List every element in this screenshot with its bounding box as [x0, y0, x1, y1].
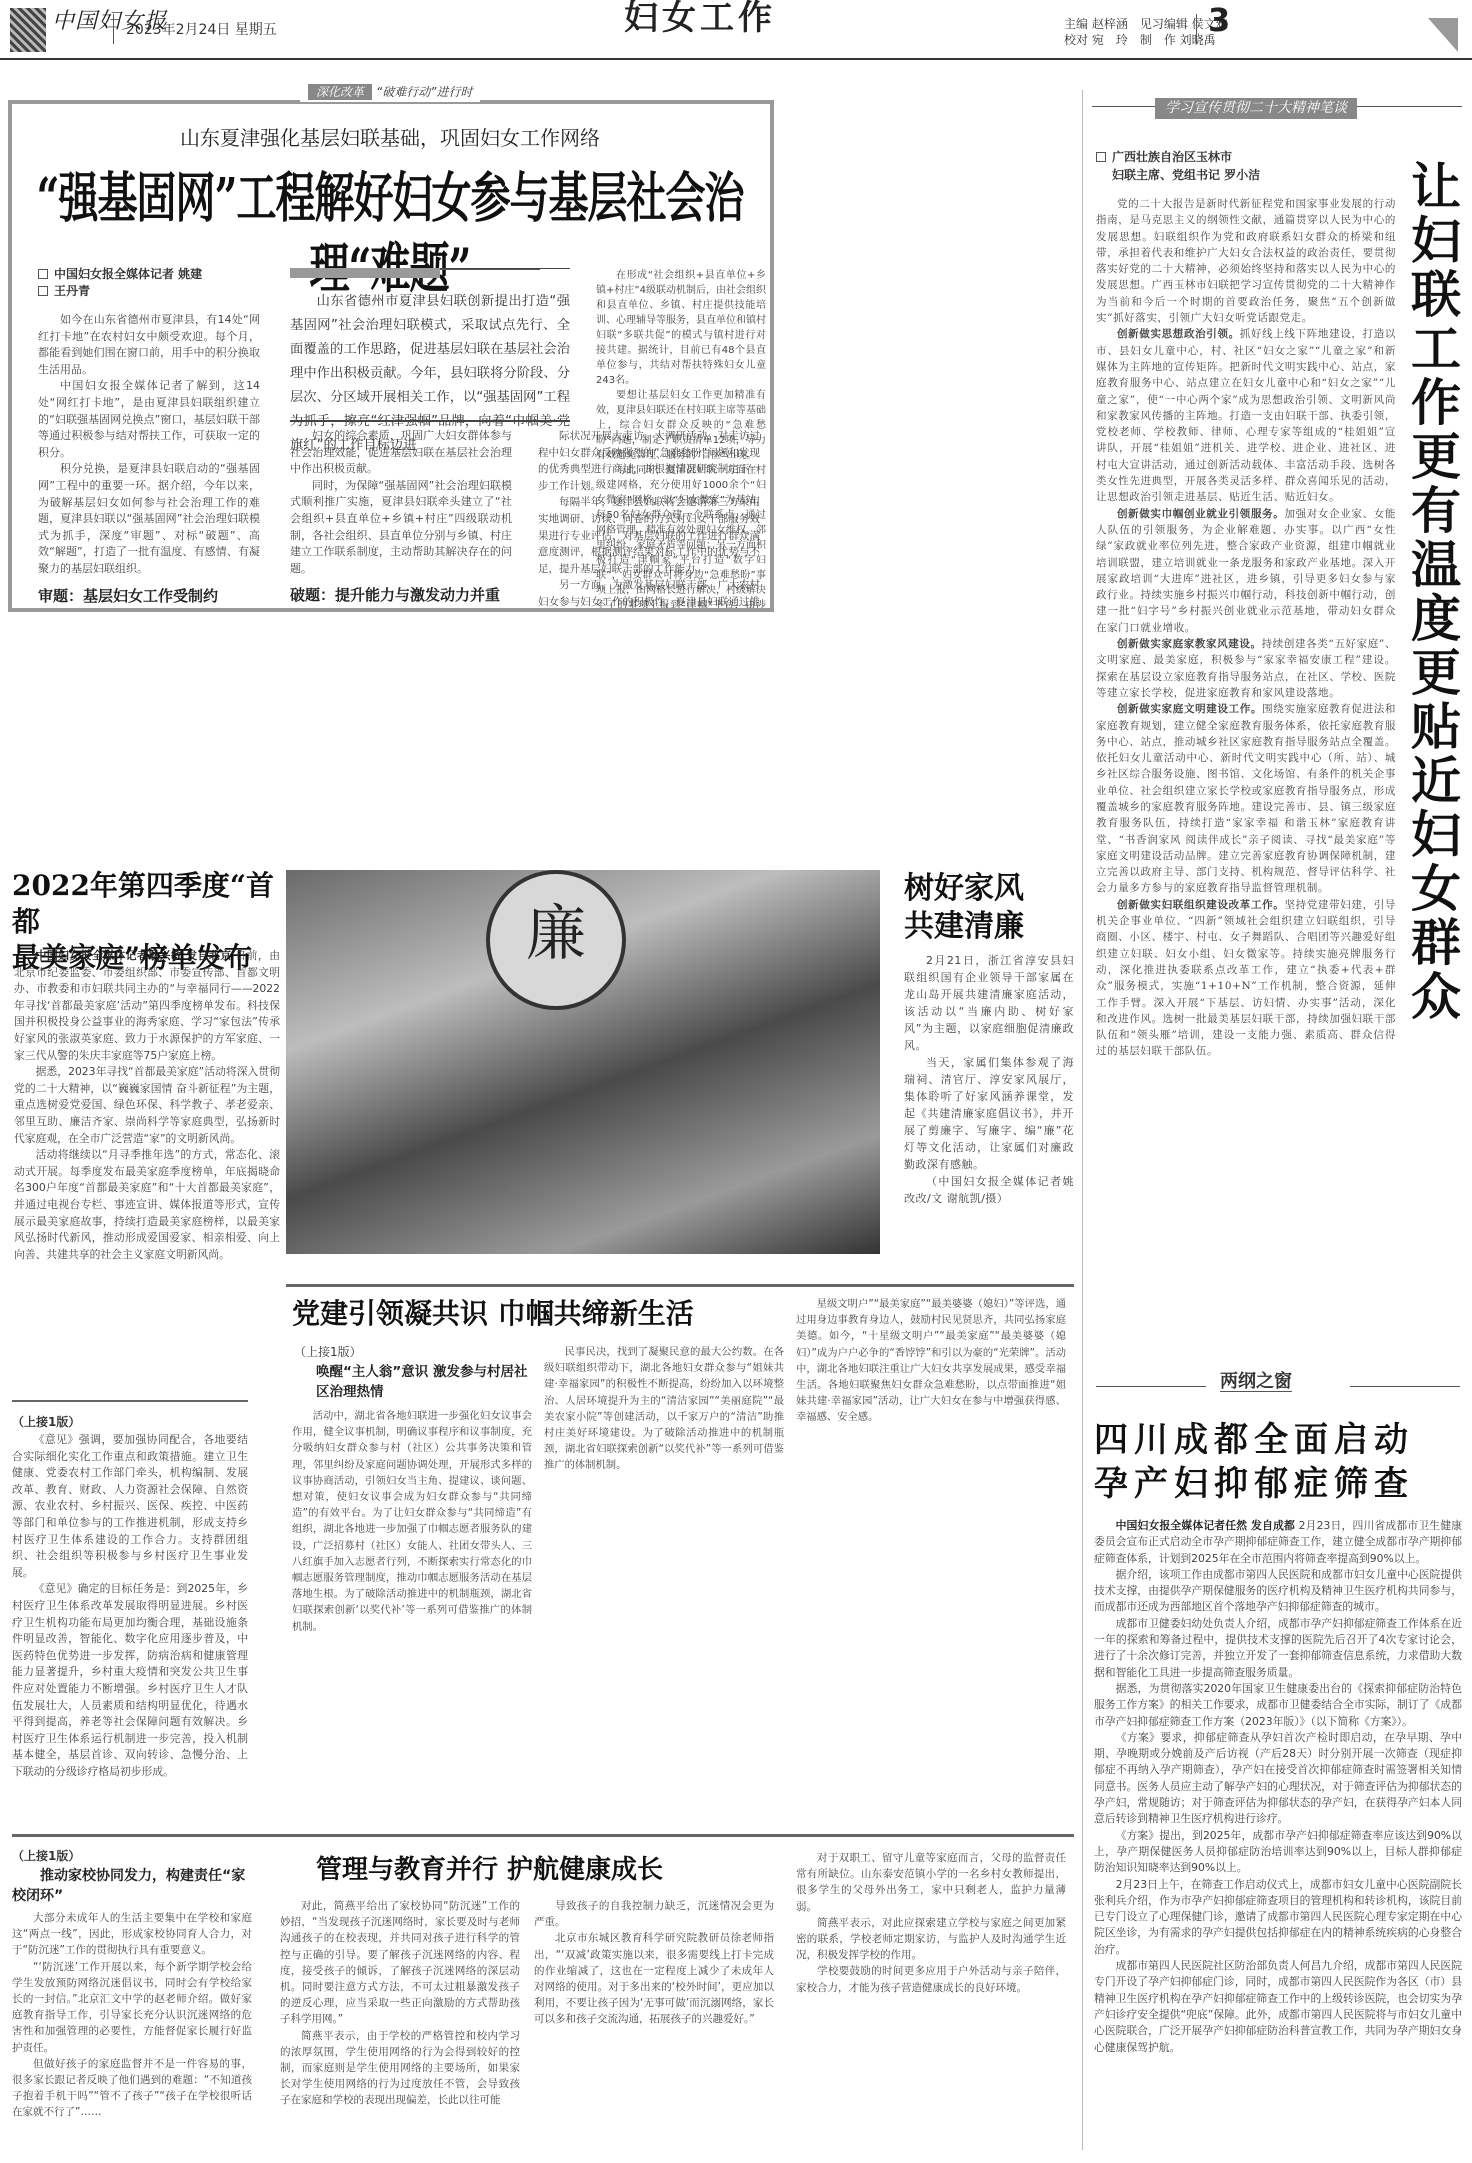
- paragraph: 民事民决，找到了凝聚民意的最大公约数。在各级妇联组织带动下，湖北各地妇女群众参与…: [544, 1344, 784, 1474]
- paragraph: “‘防沉迷’工作开展以来，每个新学期学校会给学生发放预防网络沉迷倡议书，同时会有…: [12, 1959, 252, 2056]
- section-lead: 创新做实家庭家教家风建设。: [1117, 638, 1262, 650]
- chengdu-headline: 四川成都全面启动 孕产妇抑郁症筛查: [1094, 1418, 1464, 1506]
- internet-column-1: 大部分未成年人的生活主要集中在学校和家庭这“两点一线”，因此，形成家校协同育人合…: [12, 1910, 252, 2160]
- paragraph: 中国妇女报全媒体记者任然 发自成都 2月23日，四川省成都市卫生健康委员会宣布正…: [1094, 1518, 1462, 1567]
- square-bullet-icon: [1096, 152, 1106, 162]
- byline-author-2: 王丹青: [54, 284, 90, 298]
- divider: [1096, 1386, 1206, 1387]
- dateline: 中国妇女报全媒体记者任然 发自成都: [1116, 1519, 1295, 1532]
- divider: [12, 1834, 1074, 1837]
- paragraph: 简燕平表示，对此应探索建立学校与家庭之间更加紧密的联系，学校老师定期家访，与监护…: [796, 1915, 1066, 1964]
- paragraph: 据介绍，该项工作由成都市第四人民医院和成都市妇女儿童中心医院提供技术支撑，由提供…: [1094, 1567, 1462, 1616]
- headline-line-2: 共建清廉: [904, 908, 1074, 946]
- paragraph-text: 日前，由北京市纪委监委、市委组织部、市委宣传部、首都文明办、市教委和市妇联共同主…: [14, 949, 280, 1062]
- paragraph: 同时，为保障“强基固网”社会治理妇联模式顺利推广实施，夏津县妇联牵头建立了“社会…: [290, 478, 512, 578]
- rural-health-body: 《意见》强调，要加强协同配合，各地要结合实际细化实化工作重点和政策措施。建立卫生…: [12, 1432, 248, 1816]
- editorial-kicker: 学习宣传贯彻二十大精神笔谈: [1155, 98, 1357, 119]
- credits-line-2: 校对 宛 玲 制 作 刘晓禹: [1064, 32, 1228, 48]
- capital-families-body: 中国妇女报全媒体记者耿兴敏 发自北京 日前，由北京市纪委监委、市委组织部、市委宣…: [14, 948, 280, 1368]
- paragraph: 大部分未成年人的生活主要集中在学校和家庭这“两点一线”，因此，形成家校协同育人合…: [12, 1910, 252, 1959]
- paragraph: 《方案》要求，抑郁症筛查从孕妇首次产检时即启动，在孕早期、孕中期、孕晚期或分娩前…: [1094, 1730, 1462, 1828]
- paragraph: 中国妇女报全媒体记者耿兴敏 发自北京 日前，由北京市纪委监委、市委组织部、市委宣…: [14, 948, 280, 1064]
- internet-subhead: 推动家校协同发力，构建责任“家校闭环”: [12, 1866, 252, 1906]
- continued-label: （上接1版）: [12, 1414, 80, 1431]
- paragraph: 与此同时，夏津县妇联一方面在村级建网格，充分使用好1000余个“妇女微家”网格，…: [596, 463, 766, 608]
- paragraph: 妇女的综合素质，巩固广大妇女群体参与社会治理效能，促进基层妇联在基层社会治理中作…: [290, 428, 512, 478]
- summary-bar: [290, 268, 440, 278]
- paragraph: 星级文明户”“最美家庭”“最美婆婆（媳妇）”等评选，通过用身边事教育身边人，鼓励…: [796, 1296, 1066, 1426]
- lead-subtitle: 山东夏津强化基层妇联基础，巩固妇女工作网络: [0, 130, 780, 147]
- byline: 中国妇女报全媒体记者 姚建 王丹青: [38, 266, 202, 299]
- section-lead: 创新做实思想政治引领。: [1117, 328, 1240, 340]
- paragraph: 《意见》确定的目标任务是：到2025年，乡村医疗卫生体系改革发展取得明显进展。乡…: [12, 1581, 248, 1780]
- section-lead: 创新做实巾帼创业就业引领服务。: [1117, 508, 1284, 520]
- square-bullet-icon: [38, 286, 48, 296]
- section-text: 坚持党建带妇建，引导机关企事业单位、“四新”领域社会组织建立妇联组织，引导商圈、…: [1096, 899, 1396, 1058]
- divider: [290, 420, 570, 422]
- issue-date: 2023年2月24日 星期五: [126, 22, 277, 39]
- paragraph: 创新做实巾帼创业就业引领服务。加强对女企业家、女能人队伍的引领服务，为企业解难题…: [1096, 506, 1396, 636]
- author-affiliation: 广西壮族自治区玉林市: [1112, 150, 1232, 164]
- headline-line-1: 四川成都全面启动: [1094, 1418, 1464, 1462]
- party-building-column-3: 星级文明户”“最美家庭”“最美婆婆（媳妇）”等评选，通过用身边事教育身边人，鼓励…: [796, 1296, 1066, 1828]
- lead-kicker: 深化改革“破难行动”进行时: [300, 84, 480, 102]
- credits-line-1: 主编 赵梓涵 见习编辑 侯文雅: [1064, 16, 1228, 32]
- party-building-column-1: 活动中，湖北省各地妇联进一步强化妇女议事会作用，健全议事机制，明确议事程序和议事…: [292, 1408, 532, 1828]
- divider: [113, 14, 114, 44]
- paragraph: 创新做实思想政治引领。抓好线上线下阵地建设，打造以市、县妇女儿童中心，村、社区“…: [1096, 326, 1396, 505]
- paragraph: 2月23日上午，在筛查工作启动仪式上，成都市妇女儿童中心医院副院长张利兵介绍，作…: [1094, 1877, 1462, 1958]
- qr-code-icon: [10, 8, 46, 52]
- page-number: 3: [1208, 12, 1230, 29]
- paragraph: 在形成“社会组织+县直单位+乡镇+村庄”4级联动机制后，由社会组织和县直单位、乡…: [596, 268, 766, 388]
- subhead: 审题：基层妇女工作受制约: [38, 586, 260, 606]
- party-building-column-2: 民事民决，找到了凝聚民意的最大公约数。在各级妇联组织带动下，湖北各地妇女群众参与…: [544, 1344, 784, 1828]
- square-bullet-icon: [38, 269, 48, 279]
- continued-label: （上接1版）: [294, 1344, 362, 1361]
- party-building-headline: 党建引领凝共识 巾帼共缔新生活: [292, 1294, 694, 1334]
- paragraph: 北京市东城区教育科学研究院教研员徐老师指出，“‘双减’政策实施以来，很多需要线上…: [534, 1930, 774, 2027]
- editorial-body: 党的二十大报告是新时代新征程党和国家事业发展的行动指南，是马克思主义的纲领性文献…: [1096, 196, 1396, 1356]
- paragraph: 但做好孩子的家庭监督并不是一件容易的事，很多家长跟记者反映了他们遇到的难题：“不…: [12, 2056, 252, 2121]
- paragraph: 对于双职工、留守儿童等家庭而言，父母的监督责任常有所缺位。山东泰安范镇小学的一名…: [796, 1850, 1066, 1915]
- lead-column-4: 在形成“社会组织+县直单位+乡镇+村庄”4级联动机制后，由社会组织和县直单位、乡…: [596, 268, 766, 608]
- paragraph: 2月21日，浙江省淳安县妇联组织国有企业领导干部家属在龙山岛开展共建清廉家庭活动…: [904, 952, 1074, 1054]
- paragraph: 简燕平表示，由于学校的严格管控和校内学习的浓厚氛围，学生使用网络的行为会得到较好…: [280, 2028, 520, 2109]
- masthead: 中国妇女报 2023年2月24日 星期五 妇女工作 主编 赵梓涵 见习编辑 侯文…: [0, 0, 1472, 60]
- paragraph: 中国妇女报全媒体记者了解到，这14处“网红打卡地”，是由夏津县妇联组织建立的“妇…: [38, 378, 260, 461]
- chengdu-body: 中国妇女报全媒体记者任然 发自成都 2月23日，四川省成都市卫生健康委员会宣布正…: [1094, 1518, 1462, 2158]
- lead-column-1: 如今在山东省德州市夏津县，有14处“网红打卡地”在农村妇女中颇受欢迎。每个月，都…: [38, 312, 260, 608]
- section-text: 围绕实施家庭教育促进法和家庭教育规划，建立健全家庭教育服务体系，依托家庭教育服务…: [1096, 703, 1396, 894]
- divider: [286, 1284, 1074, 1287]
- author-name: 妇联主席、党组书记 罗小洁: [1096, 166, 1260, 184]
- lian-sign: 廉: [486, 870, 626, 1010]
- paragraph: 据悉，2023年寻找“首都最美家庭”活动将深入贯彻党的二十大精神，以“巍巍家国情…: [14, 1064, 280, 1147]
- paragraph: 创新做实家庭家教家风建设。持续创建各类“五好家庭”、文明家庭、最美家庭，积极参与…: [1096, 636, 1396, 701]
- paragraph: 对此，简燕平给出了家校协同“防沉迷”工作的妙招，“当发现孩子沉迷网络时，家长要及…: [280, 1898, 520, 2028]
- kicker-text: “破难行动”进行时: [376, 85, 472, 99]
- paragraph: 学校要鼓励的时间更多应用于户外活动与亲子陪伴，家校合力，才能为孩子营造健康成长的…: [796, 1963, 1066, 1995]
- photo-women-writing-calligraphy: 廉: [286, 870, 880, 1254]
- lead-column-2: 妇女的综合素质，巩固广大妇女群体参与社会治理效能，促进基层妇联在基层社会治理中作…: [290, 428, 512, 608]
- subhead: 破题：提升能力与激发动力并重: [290, 585, 512, 605]
- paragraph: 活动中，湖北省各地妇联进一步强化妇女议事会作用，健全议事机制，明确议事程序和议事…: [292, 1408, 532, 1635]
- section-lead: 创新做实家庭文明建设工作。: [1117, 703, 1262, 715]
- paragraph: 要想让基层妇女工作更加精准有效，夏津县妇联还在村妇联主席等基础上，综合妇女群众反…: [596, 388, 766, 463]
- paragraph: 成都市卫健委妇幼处负责人介绍，成都市孕产妇抑郁症筛查工作体系在近一年的探索和筹备…: [1094, 1616, 1462, 1681]
- headline-line-2: 孕产妇抑郁症筛查: [1094, 1462, 1464, 1506]
- paragraph: 导致孩子的自我控制力缺乏，沉迷情况会更为严重。: [534, 1898, 774, 1930]
- paragraph: 创新做实家庭文明建设工作。围绕实施家庭教育促进法和家庭教育规划，建立健全家庭教育…: [1096, 701, 1396, 897]
- byline-author-1: 中国妇女报全媒体记者 姚建: [54, 267, 202, 281]
- paragraph: 积分兑换，是夏津县妇联启动的“强基固网”工程中的重要一环。据介绍，今年以来，为破…: [38, 461, 260, 577]
- headline-line-1: 树好家风: [904, 870, 1074, 908]
- photo-credit: （中国妇女报全媒体记者姚改改/文 谢航凯/摄）: [904, 1173, 1074, 1207]
- paragraph: 《意见》强调，要加强协同配合，各地要结合实际细化实化工作重点和政策措施。建立卫生…: [12, 1432, 248, 1581]
- editorial-byline: 广西壮族自治区玉林市 妇联主席、党组书记 罗小洁: [1096, 148, 1260, 184]
- paragraph: 当天，家属们集体参观了海瑞祠、清官厅、淳安家风展厅，集体聆听了好家风涵养课堂，发…: [904, 1054, 1074, 1173]
- internet-column-4: 对于双职工、留守儿童等家庭而言，父母的监督责任常有所缺位。山东泰安范镇小学的一名…: [796, 1850, 1066, 2160]
- paragraph: 活动将继续以“月寻季推年选”的方式，常态化、滚动式开展。每季度发布最美家庭季度榜…: [14, 1147, 280, 1263]
- paragraph: 创新做实妇联组织建设改革工作。坚持党建带妇建，引导机关企事业单位、“四新”领域社…: [1096, 897, 1396, 1060]
- internet-headline: 管理与教育并行 护航健康成长: [316, 1852, 663, 1888]
- column-divider: [1082, 90, 1083, 2150]
- paragraph: 如今在山东省德州市夏津县，有14处“网红打卡地”在农村妇女中颇受欢迎。每个月，都…: [38, 312, 260, 378]
- paragraph: 《方案》提出，到2025年，成都市孕产妇抑郁症筛查率应该达到90%以上，孕产期保…: [1094, 1828, 1462, 1877]
- paragraph: 据悉，为贯彻落实2020年国家卫生健康委出台的《探索抑郁症防治特色服务工作方案》…: [1094, 1681, 1462, 1730]
- kicker-tag: 深化改革: [308, 84, 372, 100]
- editorial-headline: 让妇联工作更有温度更贴近妇女群众: [1408, 160, 1464, 1024]
- section-title: 妇女工作: [624, 10, 776, 27]
- internet-column-3: 导致孩子的自我控制力缺乏，沉迷情况会更为严重。 北京市东城区教育科学研究院教研员…: [534, 1898, 774, 2160]
- divider: [1350, 1386, 1460, 1387]
- dateline: 中国妇女报全媒体记者耿兴敏 发自北京: [36, 949, 232, 962]
- section-lead: 创新做实妇联组织建设改革工作。: [1117, 899, 1284, 911]
- continued-label: （上接1版）: [12, 1848, 80, 1865]
- paragraph: 成都市第四人民医院社区防治部负责人何昌九介绍，成都市第四人民医院专门开设了孕产妇…: [1094, 1958, 1462, 2056]
- internet-column-2: 对此，简燕平给出了家校协同“防沉迷”工作的妙招，“当发现孩子沉迷网络时，家长要及…: [280, 1898, 520, 2160]
- section-text: 抓好线上线下阵地建设，打造以市、县妇女儿童中心，村、社区“妇女之家”“儿童之家”…: [1096, 328, 1396, 503]
- editor-credits: 主编 赵梓涵 见习编辑 侯文雅 校对 宛 玲 制 作 刘晓禹: [1064, 16, 1228, 48]
- summary-line: [440, 268, 570, 269]
- photo-feature-headline: 树好家风 共建清廉: [904, 870, 1074, 946]
- section-text: 加强对女企业家、女能人队伍的引领服务，为企业解难题、办实事。以广西“女性绿”家政…: [1096, 508, 1396, 634]
- divider: [12, 1400, 248, 1402]
- paragraph: 党的二十大报告是新时代新征程党和国家事业发展的行动指南，是马克思主义的纲领性文献…: [1096, 196, 1396, 326]
- photo-feature-body: 2月21日，浙江省淳安县妇联组织国有企业领导干部家属在龙山岛开展共建清廉家庭活动…: [904, 952, 1074, 1252]
- chengdu-kicker: 两纲之窗: [1220, 1374, 1292, 1392]
- headline-line-1: 2022年第四季度“首都: [12, 868, 282, 940]
- party-building-subhead: 唤醒“主人翁”意识 激发参与村居社区治理热情: [316, 1362, 532, 1402]
- divider: [1196, 14, 1197, 44]
- corner-triangle-icon: [1428, 18, 1458, 52]
